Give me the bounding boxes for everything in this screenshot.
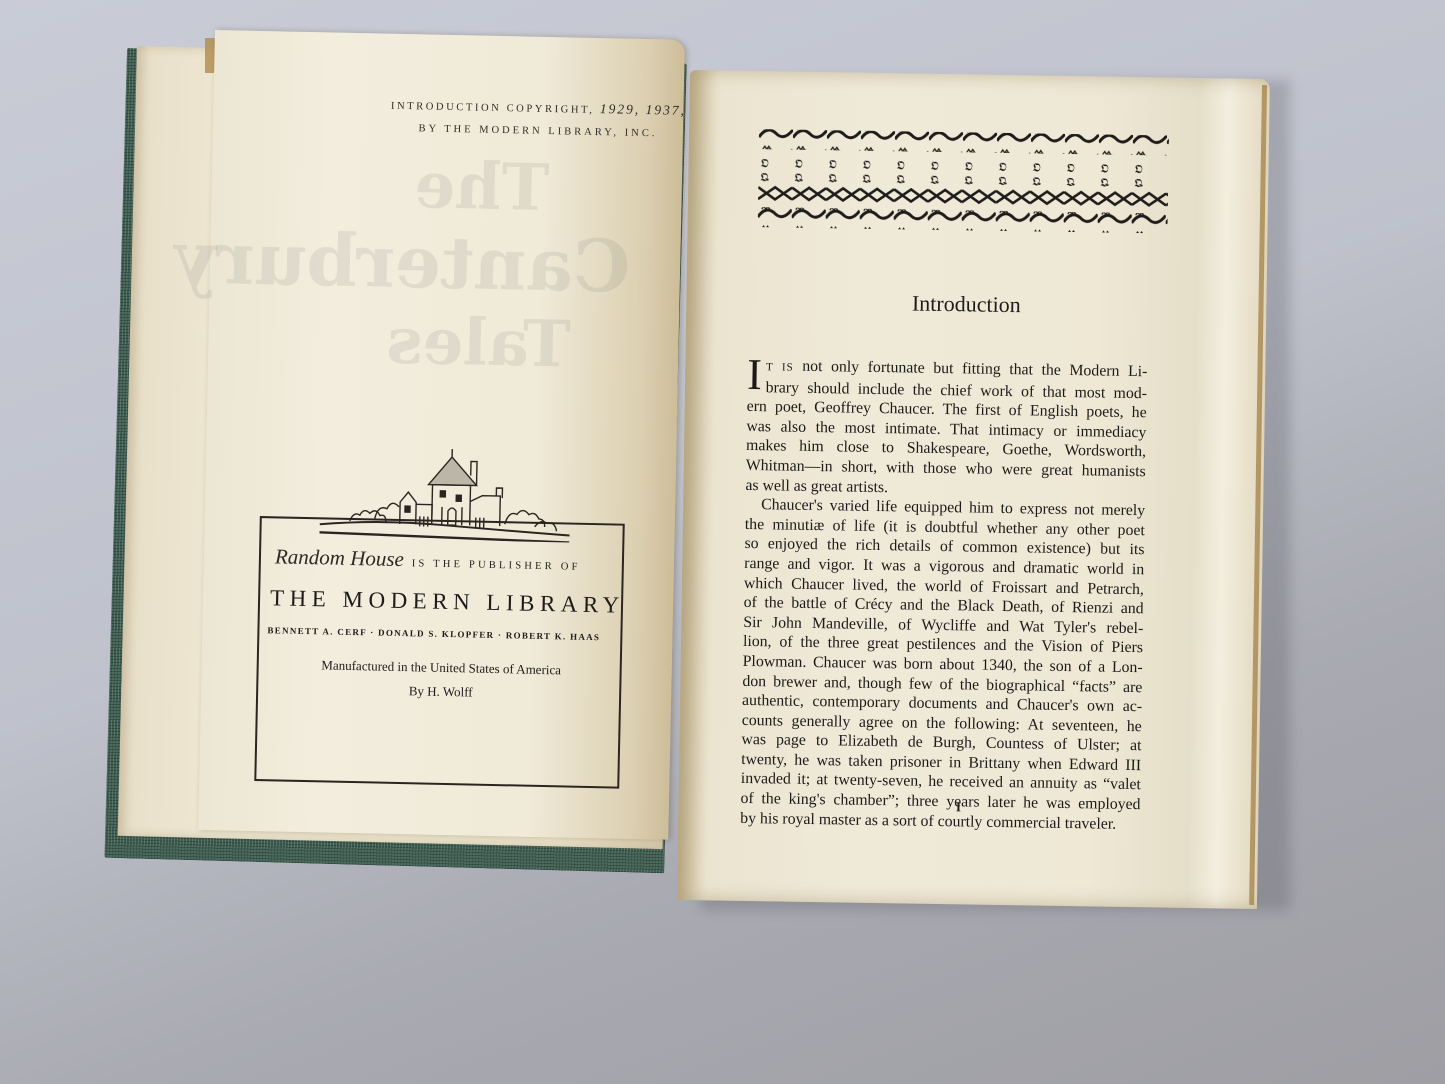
bleed-through-title: The Canterbury Tales bbox=[328, 152, 633, 378]
left-page: The Canterbury Tales Introduction copyri… bbox=[198, 30, 685, 840]
ghost-title-line: The bbox=[331, 152, 632, 222]
chapter-heading: Introduction bbox=[686, 287, 1246, 322]
ghost-title-line: Tales bbox=[328, 308, 629, 378]
copyright-prefix: Introduction copyright, bbox=[391, 101, 595, 116]
text-line: not only fortunate but fitting that the … bbox=[802, 358, 1147, 380]
printer-credit: By H. Wolff bbox=[258, 680, 623, 704]
publisher-imprint-line: Random House is the publisher of bbox=[275, 544, 581, 575]
small-caps-opening: t is bbox=[766, 361, 794, 373]
paragraph-1: I t is not only fortunate but fitting th… bbox=[745, 356, 1147, 501]
right-page: 𝕼 𝕺 Introduction I t is not only fortuna… bbox=[677, 70, 1270, 909]
imprint-name: Random House bbox=[275, 544, 404, 571]
manufactured-note: Manufactured in the United States of Ame… bbox=[259, 656, 624, 680]
introduction-body: I t is not only fortunate but fitting th… bbox=[740, 356, 1147, 834]
drop-cap: I bbox=[747, 358, 762, 392]
copyright-years: 1929, 1937, bbox=[600, 101, 686, 118]
paragraph-2: Chaucer's varied life equipped him to ex… bbox=[740, 495, 1145, 834]
imprint-suffix: is the publisher of bbox=[412, 558, 581, 573]
decorative-border-icon: 𝕼 𝕺 bbox=[757, 123, 1169, 239]
ghost-title-line: Canterbury bbox=[329, 224, 630, 302]
copyright-notice: Introduction copyright, 1929, 1937, by T… bbox=[353, 93, 724, 147]
series-name: The Modern Library bbox=[270, 585, 615, 618]
publisher-box: Random House is the publisher of The Mod… bbox=[254, 516, 624, 789]
publisher-names: Bennett A. Cerf · Donald S. Klopfer · Ro… bbox=[267, 625, 617, 642]
